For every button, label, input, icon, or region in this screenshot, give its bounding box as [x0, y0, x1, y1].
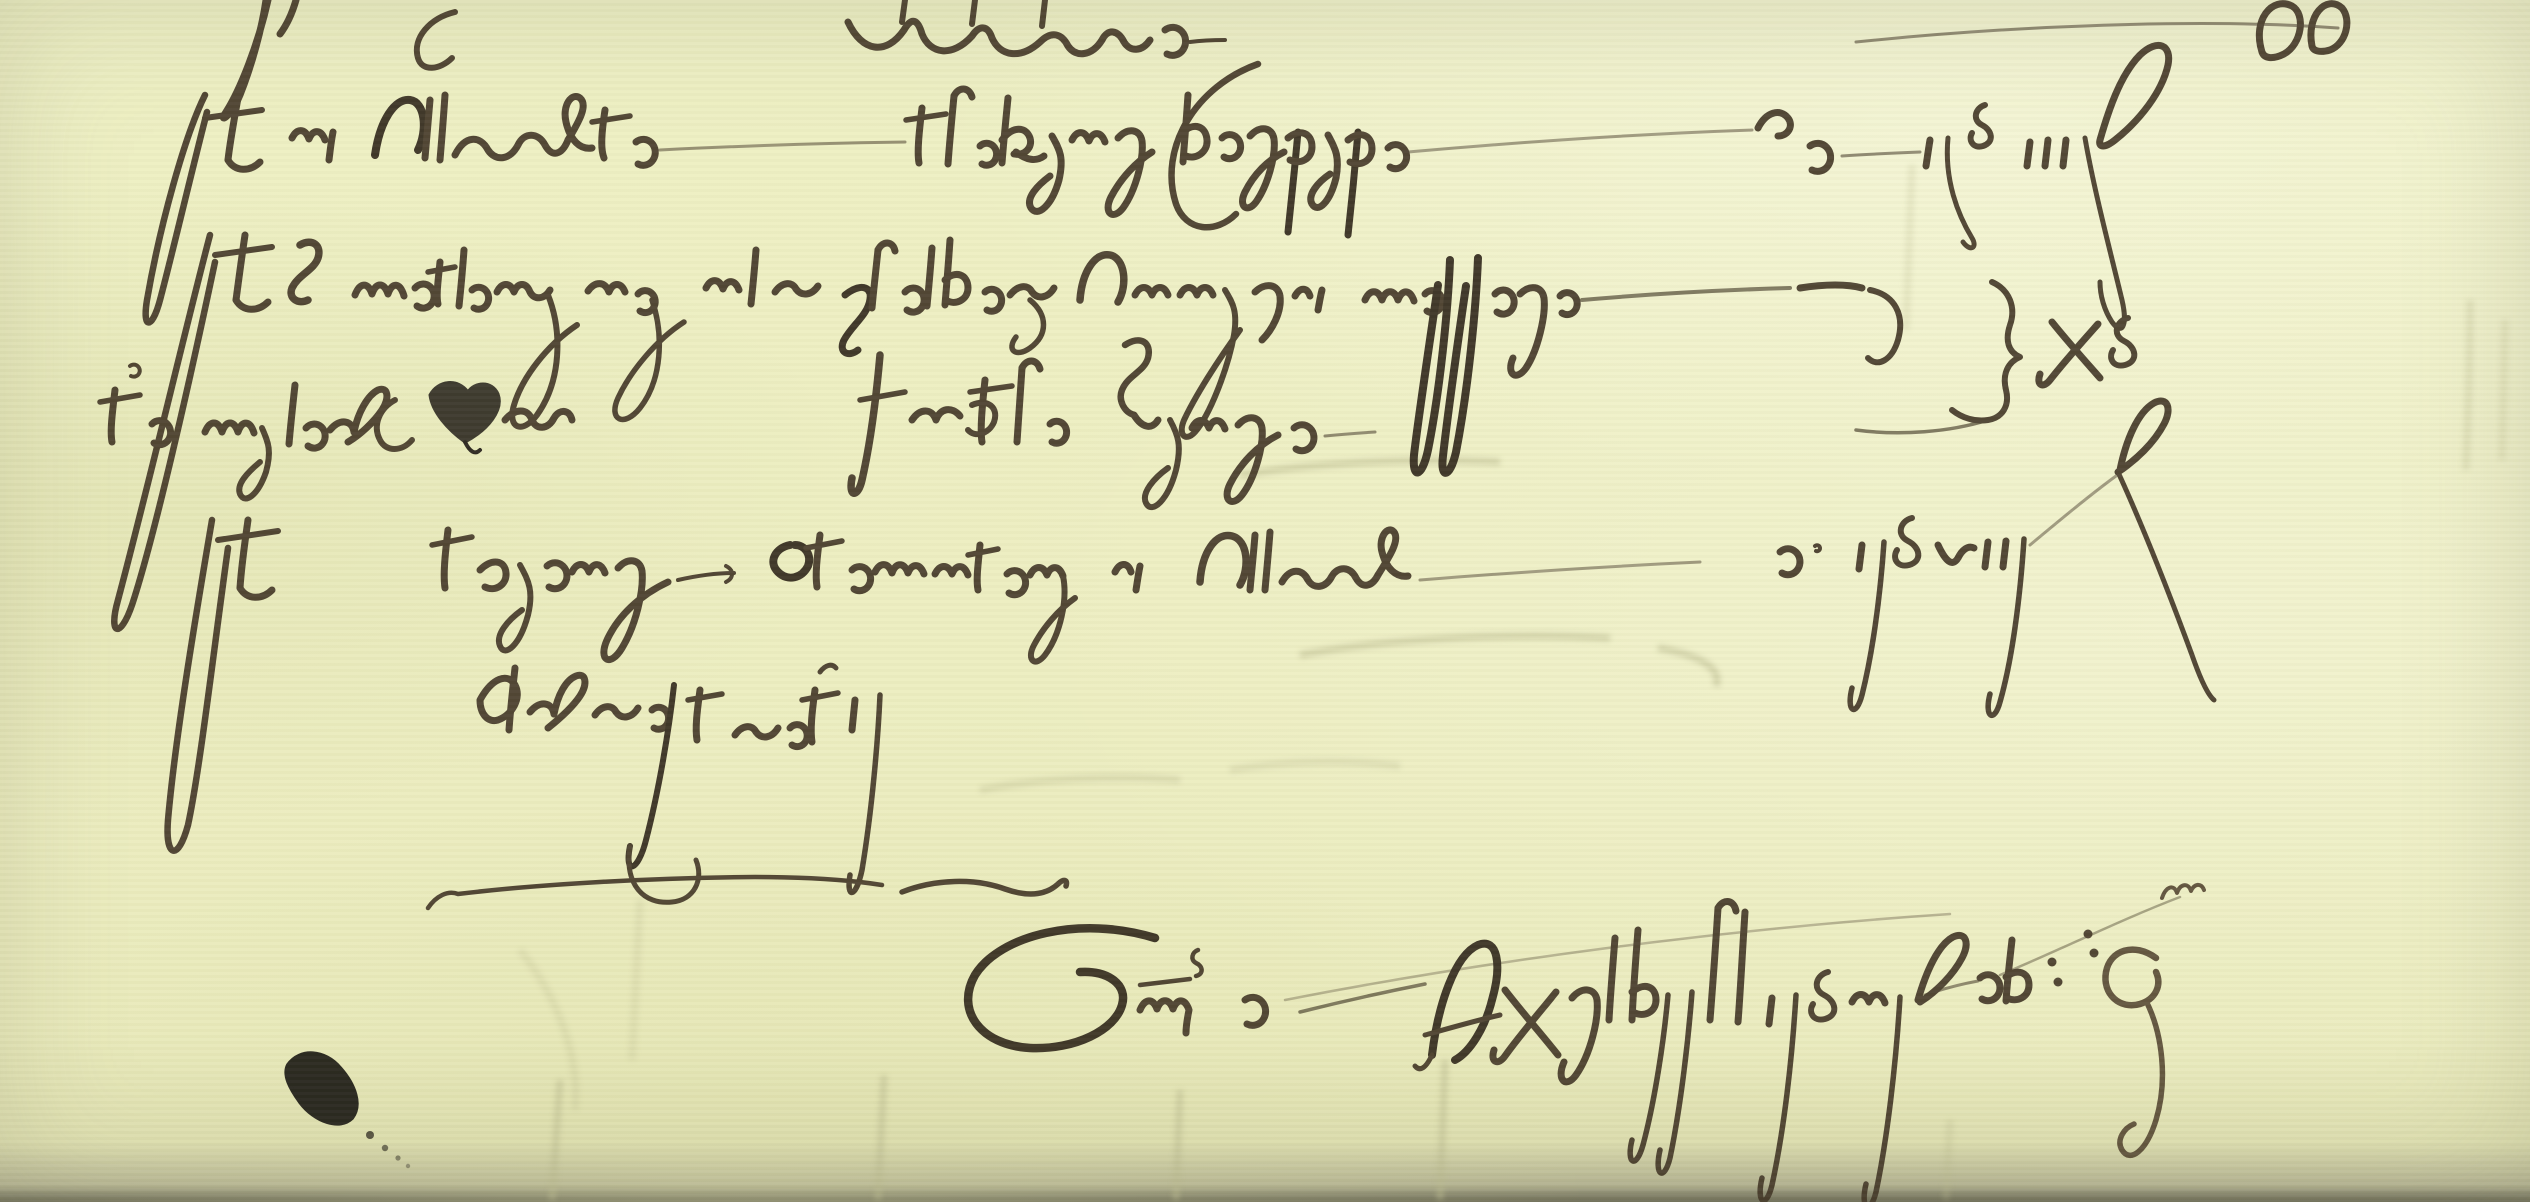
bottom-left-ink-blot [286, 1053, 410, 1168]
manuscript-line-entry-2-continued: to my lade grace fro the kyng o— [100, 282, 2134, 507]
flourish-rule: — ~ (long horizontal pen flourish) [428, 877, 1067, 908]
manuscript-line-sum: Sm o— Axlby li ijs iiijd ob ∴ [968, 885, 2204, 1202]
manuscript-line-top-fragment: [line cropped by top edge] … to morow o—… [223, 0, 2347, 118]
in-text-ink-blot [430, 383, 499, 453]
manuscript-line-pen-trial: Adrestret ij [480, 665, 880, 902]
manuscript-line-entry-3: It to yong Edwinton in Reward o— ijs vii… [168, 401, 2214, 851]
manuscript-ink-layer: [line cropped by top edge] … to morow o—… [0, 0, 2530, 1202]
manuscript-photo: [line cropped by top edge] … to morow o—… [0, 0, 2530, 1202]
